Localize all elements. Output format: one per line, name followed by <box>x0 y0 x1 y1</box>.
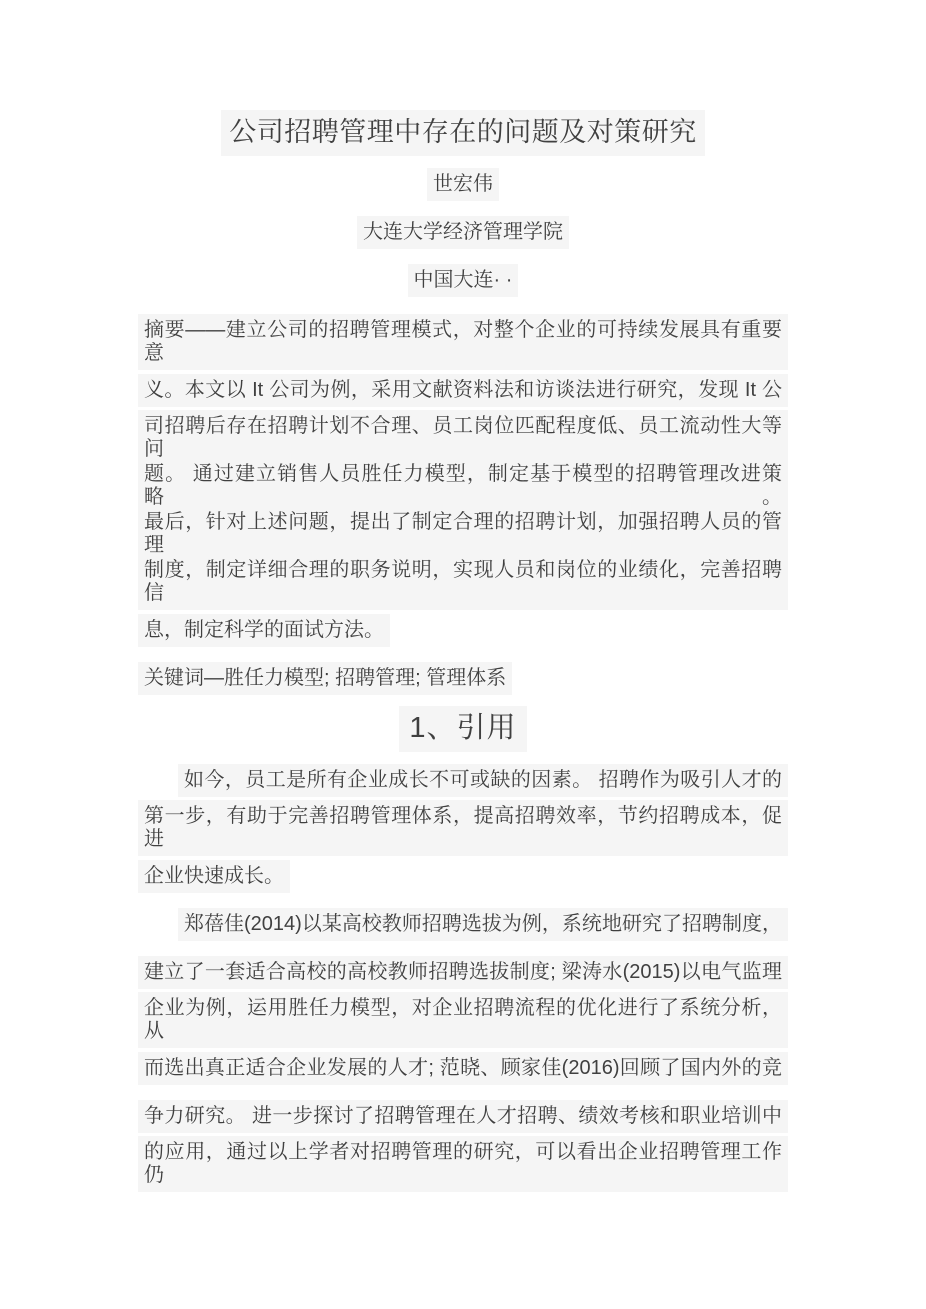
location: 中国大连· · <box>408 264 519 297</box>
location-line: 中国大连· · <box>138 256 788 304</box>
paragraph-line: 而选出真正适合企业发展的人才; 范晓、顾家佳(2016)回顾了国内外的竞 <box>138 1044 788 1092</box>
abstract-line: 息，制定科学的面试方法。 <box>138 606 788 654</box>
paragraph-text: 争力研究。 进一步探讨了招聘管理在人才招聘、绩效考核和职业培训中 <box>138 1100 788 1133</box>
paragraph-line: 的应用，通过以上学者对招聘管理的研究，可以看出企业招聘管理工作仍 <box>138 1140 788 1188</box>
paragraph-text: 企业为例，运用胜任力模型，对企业招聘流程的优化进行了系统分析，从 <box>138 992 788 1048</box>
paragraph-line: 争力研究。 进一步探讨了招聘管理在人才招聘、绩效考核和职业培训中 <box>138 1092 788 1140</box>
author-name: 世宏伟 <box>427 168 499 201</box>
author-line: 世宏伟 <box>138 160 788 208</box>
abstract-line: 题。 通过建立销售人员胜任力模型，制定基于模型的招聘管理改进策略。 <box>138 462 788 510</box>
paragraph-line: 郑蓓佳(2014)以某高校教师招聘选拔为例，系统地研究了招聘制度， <box>138 900 788 948</box>
section-heading-line: 1、引用 <box>138 702 788 756</box>
paragraph-line: 第一步，有助于完善招聘管理体系，提高招聘效率，节约招聘成本，促进 <box>138 804 788 852</box>
paragraph-text: 的应用，通过以上学者对招聘管理的研究，可以看出企业招聘管理工作仍 <box>138 1136 788 1192</box>
affiliation: 大连大学经济管理学院 <box>357 216 569 249</box>
keywords-line: 关键词—胜任力模型; 招聘管理; 管理体系 <box>138 654 788 702</box>
abstract-text: 义。本文以 It 公司为例，采用文献资料法和访谈法进行研究，发现 It 公 <box>138 374 788 407</box>
abstract-text: 制度，制定详细合理的职务说明，实现人员和岗位的业绩化，完善招聘信 <box>138 554 788 610</box>
abstract-line: 摘要——建立公司的招聘管理模式，对整个企业的可持续发展具有重要意 <box>138 318 788 366</box>
title-line: 公司招聘管理中存在的问题及对策研究 <box>138 106 788 160</box>
abstract-text: 息，制定科学的面试方法。 <box>138 614 390 647</box>
affiliation-line: 大连大学经济管理学院 <box>138 208 788 256</box>
document-content: 公司招聘管理中存在的问题及对策研究 世宏伟 大连大学经济管理学院 中国大连· ·… <box>0 0 926 1188</box>
paragraph-text: 建立了一套适合高校的高校教师招聘选拔制度; 梁涛水(2015)以电气监理 <box>138 956 788 989</box>
abstract-line: 司招聘后存在招聘计划不合理、员工岗位匹配程度低、员工流动性大等问 <box>138 414 788 462</box>
paragraph-line: 企业为例，运用胜任力模型，对企业招聘流程的优化进行了系统分析，从 <box>138 996 788 1044</box>
document-page: 公司招聘管理中存在的问题及对策研究 世宏伟 大连大学经济管理学院 中国大连· ·… <box>0 0 926 1309</box>
paragraph-text: 如今，员工是所有企业成长不可或缺的因素。 招聘作为吸引人才的 <box>178 764 788 797</box>
abstract-line: 制度，制定详细合理的职务说明，实现人员和岗位的业绩化，完善招聘信 <box>138 558 788 606</box>
abstract-line: 义。本文以 It 公司为例，采用文献资料法和访谈法进行研究，发现 It 公 <box>138 366 788 414</box>
page-title: 公司招聘管理中存在的问题及对策研究 <box>221 110 705 155</box>
abstract-line: 最后，针对上述问题，提出了制定合理的招聘计划，加强招聘人员的管理 <box>138 510 788 558</box>
section-heading: 1、引用 <box>399 706 526 751</box>
abstract-text: 摘要——建立公司的招聘管理模式，对整个企业的可持续发展具有重要意 <box>138 314 788 370</box>
paragraph-text: 郑蓓佳(2014)以某高校教师招聘选拔为例，系统地研究了招聘制度， <box>178 908 788 941</box>
paragraph-text: 第一步，有助于完善招聘管理体系，提高招聘效率，节约招聘成本，促进 <box>138 800 788 856</box>
paragraph-line: 企业快速成长。 <box>138 852 788 900</box>
keywords-text: 关键词—胜任力模型; 招聘管理; 管理体系 <box>138 662 512 695</box>
paragraph-line: 如今，员工是所有企业成长不可或缺的因素。 招聘作为吸引人才的 <box>138 756 788 804</box>
paragraph-text: 企业快速成长。 <box>138 860 290 893</box>
paragraph-text: 而选出真正适合企业发展的人才; 范晓、顾家佳(2016)回顾了国内外的竞 <box>138 1052 788 1085</box>
paragraph-line: 建立了一套适合高校的高校教师招聘选拔制度; 梁涛水(2015)以电气监理 <box>138 948 788 996</box>
